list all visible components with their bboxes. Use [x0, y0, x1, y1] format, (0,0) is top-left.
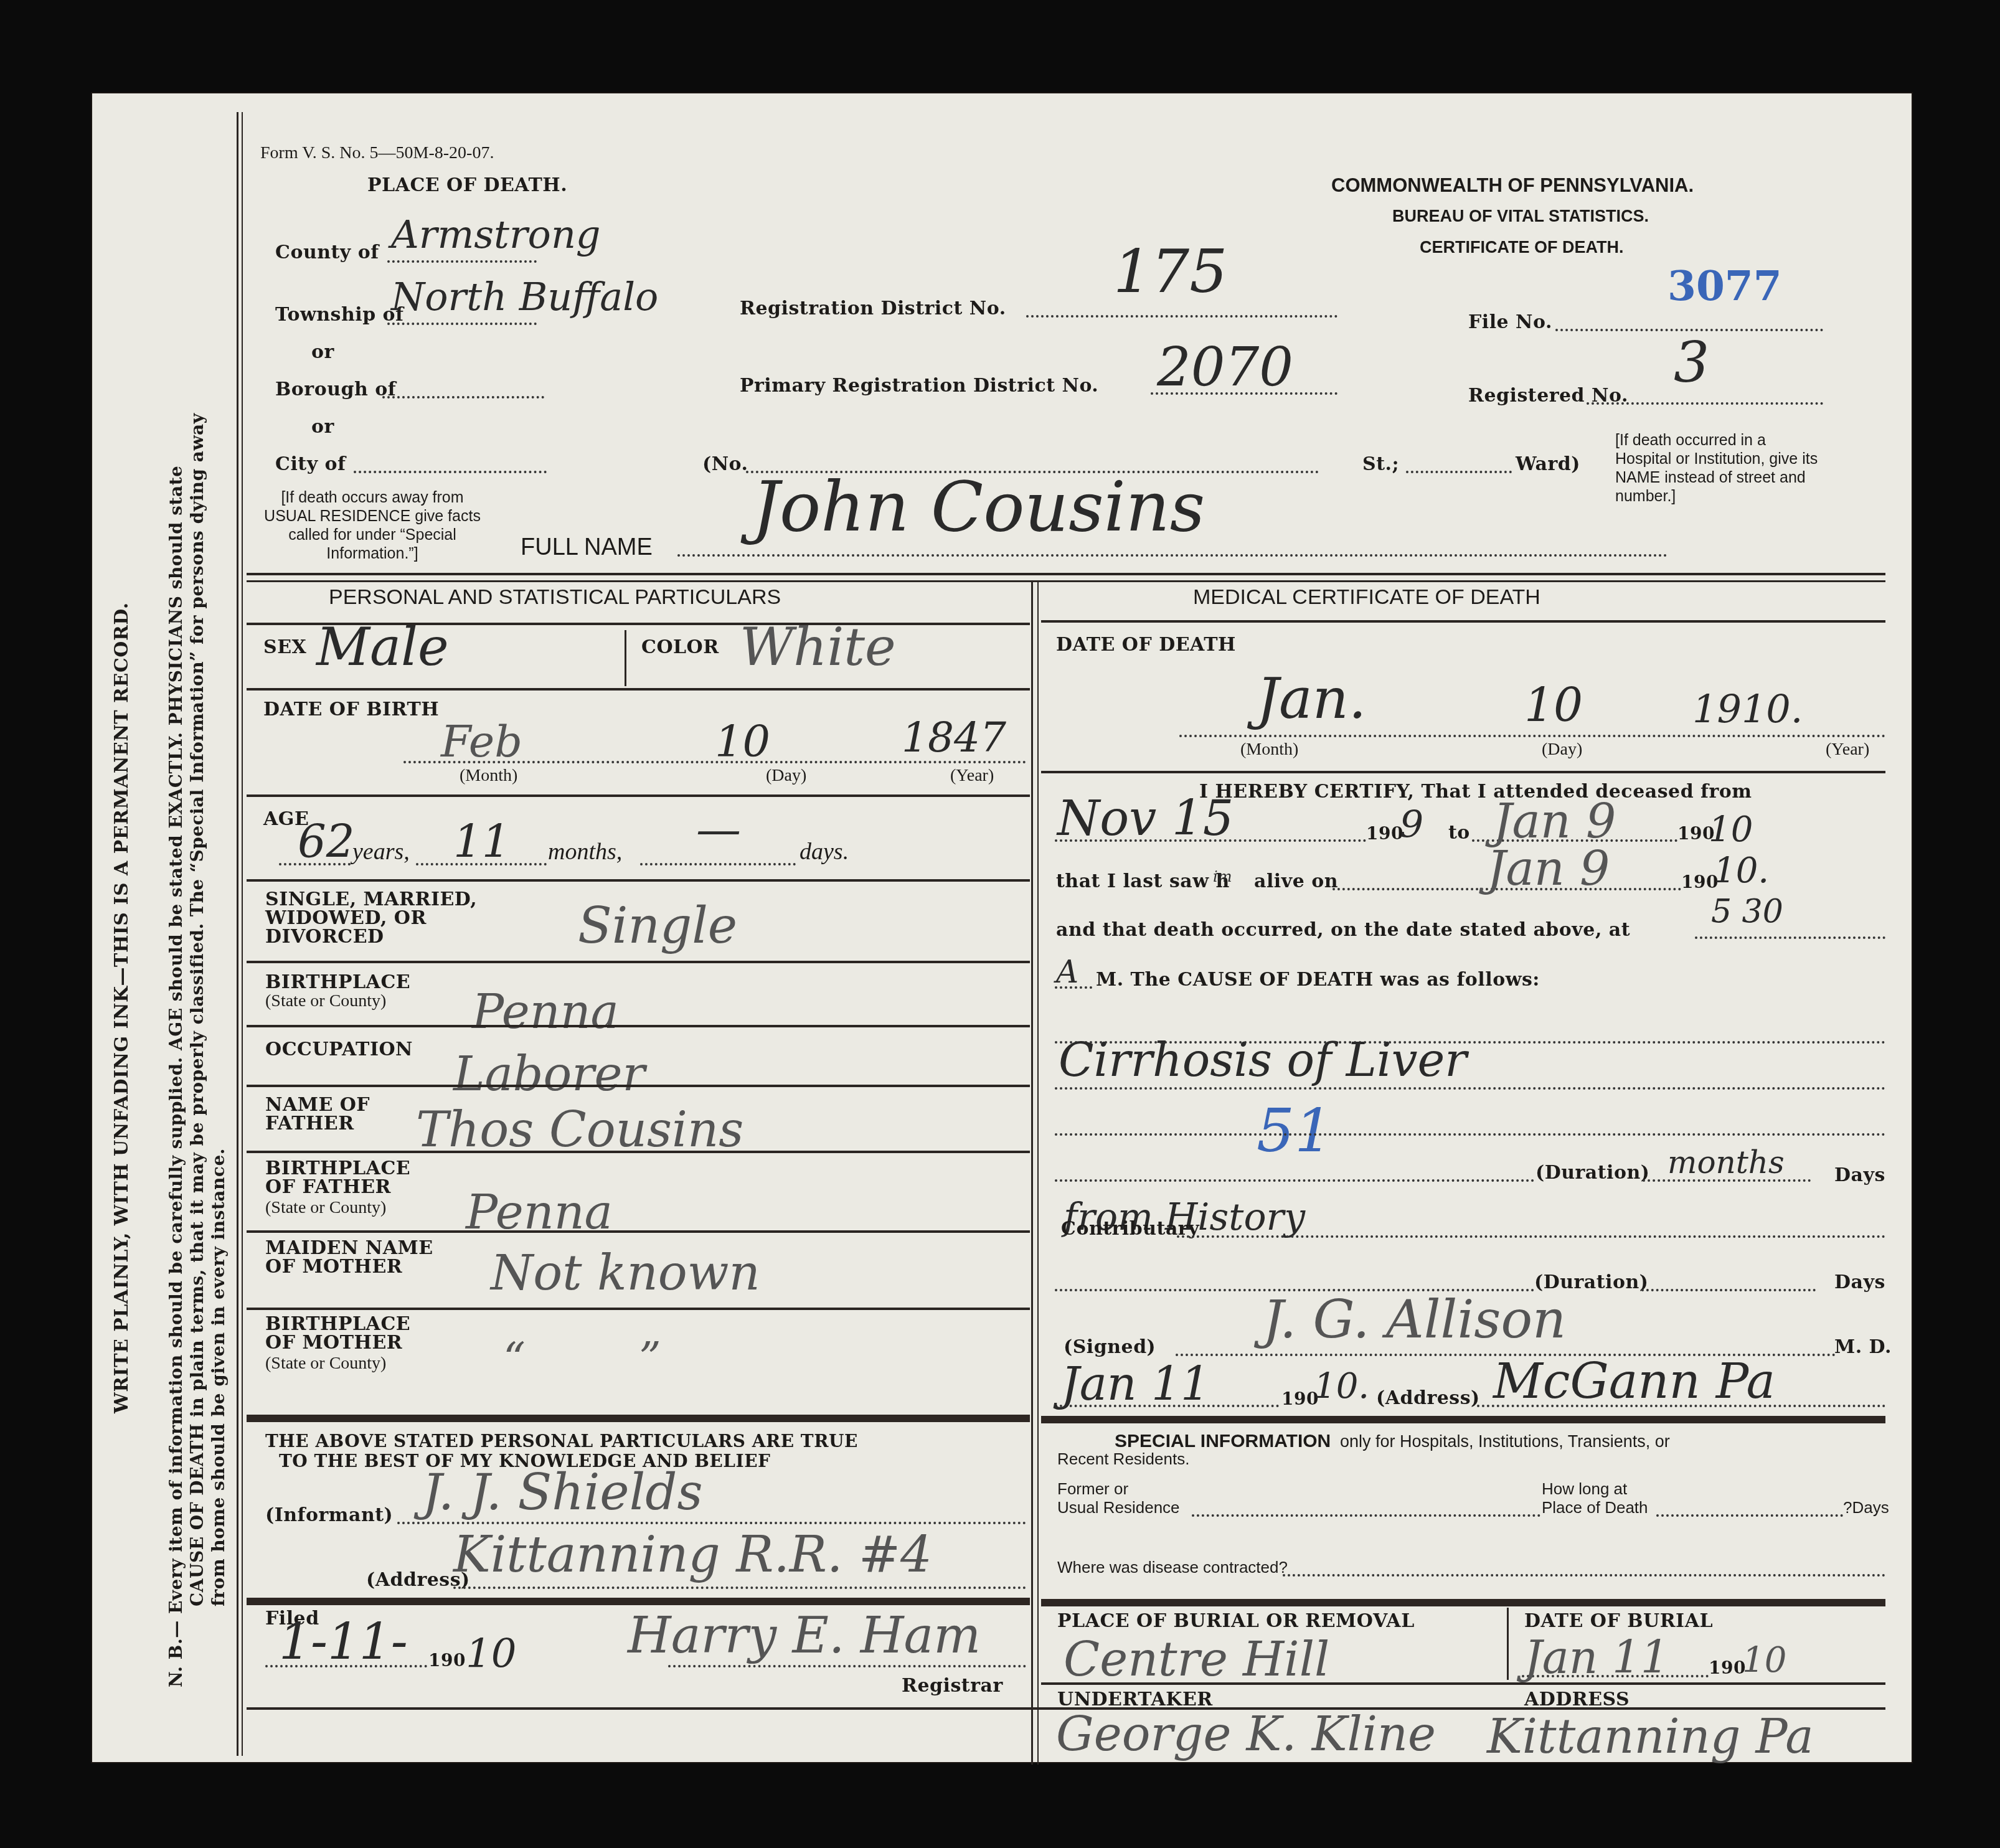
mother-birthplace-value[interactable]: “ ” — [503, 1332, 711, 1384]
dob-day-caption: (Day) — [766, 766, 806, 786]
city-line[interactable] — [354, 471, 547, 473]
burial-year-prefix: 190 — [1709, 1657, 1746, 1678]
full-name-value[interactable]: John Cousins — [752, 467, 1205, 547]
county-label: County of — [275, 242, 379, 263]
to-year-suffix[interactable]: 10 — [1709, 809, 1753, 850]
medical-heading: MEDICAL CERTIFICATE OF DEATH — [1193, 585, 1540, 610]
years-word: years, — [352, 838, 410, 865]
margin-rule — [237, 112, 238, 1756]
alive-on-label: alive on — [1254, 870, 1338, 892]
place-of-death-heading: PLACE OF DEATH. — [367, 174, 567, 196]
street-no-label: (No. — [702, 453, 748, 475]
section-rule — [1041, 1416, 1885, 1423]
last-saw-year-prefix: 190 — [1681, 872, 1719, 892]
nb-notice-line-1: N. B.— Every item of information should … — [166, 466, 186, 1687]
cause-of-death-intro: M. The CAUSE OF DEATH was as follows: — [1096, 969, 1540, 991]
registration-district-value[interactable]: 175 — [1113, 237, 1227, 306]
primary-district-value[interactable]: 2070 — [1157, 336, 1293, 398]
dod-month-caption: (Month) — [1240, 740, 1298, 760]
am-pm-value[interactable]: A — [1056, 954, 1078, 990]
usual-residence-line[interactable] — [1192, 1514, 1540, 1517]
row-rule — [1041, 620, 1885, 623]
how-long-days-label: ?Days — [1843, 1498, 1889, 1517]
color-label: COLOR — [641, 636, 719, 658]
column-divider — [1031, 582, 1033, 1765]
last-saw-year-suffix[interactable]: 10. — [1714, 851, 1769, 891]
township-line — [387, 323, 537, 325]
burial-date-label: DATE OF BURIAL — [1524, 1610, 1713, 1632]
former-or-label: Former or — [1057, 1479, 1128, 1499]
registrar-signature[interactable]: Harry E. Ham — [628, 1606, 981, 1664]
age-years[interactable]: 62 — [298, 816, 355, 868]
disease-contracted-label: Where was disease contracted? — [1057, 1558, 1288, 1577]
primary-district-label: Primary Registration District No. — [740, 375, 1098, 397]
full-name-line — [677, 554, 1667, 557]
ward-label: Ward) — [1516, 453, 1580, 475]
occupation-label: OCCUPATION — [265, 1039, 413, 1060]
file-no-stamp[interactable]: 3077 — [1667, 262, 1782, 310]
duration-value[interactable]: months — [1667, 1144, 1785, 1181]
date-of-death-year[interactable]: 1910. — [1692, 686, 1803, 732]
dod-day-caption: (Day) — [1542, 740, 1582, 760]
father-name-value[interactable]: Thos Cousins — [416, 1102, 743, 1158]
township-label: Township of — [275, 304, 403, 326]
age-days[interactable]: — — [696, 803, 741, 856]
section-rule — [1041, 1599, 1885, 1606]
how-long-label: How long at — [1542, 1479, 1627, 1499]
burial-date-value[interactable]: Jan 11 — [1524, 1631, 1669, 1684]
physician-signature[interactable]: J. G. Allison — [1263, 1289, 1566, 1350]
header-divider — [247, 573, 1885, 575]
row-rule — [247, 879, 1030, 882]
filed-year-prefix: 190 — [428, 1650, 466, 1671]
special-info-heading: SPECIAL INFORMATION — [1115, 1431, 1331, 1452]
md-label: M. D. — [1834, 1336, 1892, 1358]
signed-year-suffix[interactable]: 10. — [1314, 1366, 1369, 1407]
registrar-label: Registrar — [902, 1675, 1003, 1697]
mother-birthplace-qualifier: (State or County) — [265, 1354, 386, 1374]
burial-divider — [1507, 1608, 1509, 1680]
state-title: COMMONWEALTH OF PENNSYLVANIA. — [1331, 174, 1694, 197]
row-rule — [247, 688, 1030, 691]
dob-month[interactable]: Feb — [441, 716, 522, 767]
mother-name-label: MAIDEN NAME OF MOTHER — [265, 1239, 452, 1276]
burial-year-suffix[interactable]: 10 — [1742, 1640, 1786, 1681]
township-value[interactable]: North Buffalo — [391, 274, 658, 319]
borough-line[interactable] — [382, 396, 544, 398]
death-certificate: WRITE PLAINLY, WITH UNFADING INK—THIS IS… — [92, 93, 1912, 1762]
county-value[interactable]: Armstrong — [391, 212, 601, 257]
father-name-label: NAME OF FATHER — [265, 1096, 390, 1133]
sex-label: SEX — [263, 636, 306, 658]
form-number: Form V. S. No. 5—50M-8-20-07. — [260, 143, 494, 163]
row-rule — [1041, 1682, 1885, 1685]
column-divider-2 — [1037, 582, 1039, 1765]
certify-statement: I HEREBY CERTIFY, That I attended deceas… — [1199, 781, 1752, 803]
borough-label: Borough of — [275, 379, 396, 400]
row-rule — [247, 1085, 1030, 1087]
county-line — [387, 260, 537, 263]
birthplace-value[interactable]: Penna — [472, 984, 619, 1039]
hospital-note: [If death occurred in a Hospital or Inst… — [1615, 431, 1823, 506]
death-time-statement: and that death occurred, on the date sta… — [1056, 919, 1630, 941]
months-word: months, — [548, 838, 622, 865]
duration-2-line[interactable] — [1641, 1289, 1816, 1291]
date-of-death-day[interactable]: 10 — [1524, 679, 1583, 732]
birthplace-label: BIRTHPLACE — [265, 971, 410, 993]
physician-address-value[interactable]: McGann Pa — [1493, 1354, 1775, 1410]
registration-district-label: Registration District No. — [740, 298, 1006, 319]
informant-address-line — [453, 1586, 1026, 1589]
undertaker-address-label: ADDRESS — [1524, 1689, 1630, 1710]
how-long-line[interactable] — [1656, 1514, 1843, 1517]
row-rule — [247, 1230, 1030, 1233]
registered-no-value[interactable]: 3 — [1674, 330, 1709, 395]
city-label: City of — [275, 453, 346, 475]
full-name-label: FULL NAME — [521, 534, 653, 561]
date-of-death-month[interactable]: Jan. — [1257, 666, 1366, 732]
dob-day[interactable]: 10 — [715, 716, 770, 767]
sex-value[interactable]: Male — [316, 616, 449, 677]
cause-line-4 — [1055, 1179, 1534, 1182]
days-word: days. — [800, 838, 849, 865]
margin-rule-inner — [242, 112, 243, 1756]
father-birthplace-label: BIRTHPLACE OF FATHER — [265, 1159, 440, 1197]
sex-color-divider — [625, 630, 626, 686]
death-time-line — [1695, 936, 1885, 939]
contributary-line[interactable] — [1177, 1235, 1885, 1238]
usual-residence-label: Usual Residence — [1057, 1498, 1180, 1517]
row-rule — [247, 1025, 1030, 1027]
registered-no-line — [1587, 402, 1823, 405]
signed-date-value[interactable]: Jan 11 — [1061, 1357, 1210, 1411]
header-divider-2 — [247, 580, 1885, 582]
row-rule — [247, 1151, 1030, 1153]
father-birthplace-qualifier: (State or County) — [265, 1198, 386, 1218]
signed-year-prefix: 190 — [1281, 1388, 1319, 1409]
age-months[interactable]: 11 — [453, 816, 511, 868]
disease-contracted-line[interactable] — [1283, 1574, 1885, 1577]
cause-line-2 — [1055, 1087, 1885, 1090]
death-time-value[interactable]: 5 30 — [1711, 893, 1783, 930]
row-rule — [247, 1308, 1030, 1310]
ward-line[interactable] — [1406, 471, 1512, 473]
write-plainly-notice: WRITE PLAINLY, WITH UNFADING INK—THIS IS… — [111, 602, 133, 1413]
undertaker-value[interactable]: George K. Kline — [1056, 1706, 1436, 1761]
filed-year-suffix[interactable]: 10 — [466, 1631, 516, 1677]
row-rule — [247, 961, 1030, 963]
duration-label: (Duration) — [1535, 1162, 1650, 1184]
burial-place-label: PLACE OF BURIAL OR REMOVAL — [1057, 1610, 1415, 1632]
personal-heading: PERSONAL AND STATISTICAL PARTICULARS — [329, 585, 781, 610]
duration-days-label: Days — [1834, 1164, 1885, 1186]
signed-label: (Signed) — [1064, 1336, 1156, 1358]
from-year-suffix[interactable]: 9 — [1400, 803, 1423, 847]
bureau-title: BUREAU OF VITAL STATISTICS. — [1392, 207, 1649, 226]
last-saw-statement: that I last saw h — [1056, 870, 1230, 892]
dob-year[interactable]: 1847 — [902, 714, 1006, 761]
dod-year-caption: (Year) — [1826, 740, 1869, 760]
last-saw-pronoun[interactable]: im — [1213, 868, 1232, 885]
filed-date-value[interactable]: 1-11- — [279, 1613, 408, 1671]
away-from-residence-note: [If death occurs away from USUAL RESIDEN… — [260, 488, 484, 563]
informant-label: (Informant) — [265, 1504, 393, 1526]
certificate-title: CERTIFICATE OF DEATH. — [1420, 238, 1623, 257]
attestation-line-1: THE ABOVE STATED PERSONAL PARTICULARS AR… — [265, 1431, 858, 1451]
special-info-heading-rest: only for Hospitals, Institutions, Transi… — [1340, 1432, 1670, 1451]
last-saw-date[interactable]: Jan 9 — [1487, 841, 1610, 896]
informant-value[interactable]: J. J. Shields — [422, 1463, 703, 1521]
or-label-1: or — [311, 341, 334, 363]
mother-birthplace-label: BIRTHPLACE OF MOTHER — [265, 1315, 440, 1352]
undertaker-address-value[interactable]: Kittanning Pa — [1487, 1709, 1813, 1764]
date-of-death-label: DATE OF DEATH — [1056, 634, 1236, 656]
registration-district-line — [1026, 315, 1337, 318]
to-label: to — [1448, 822, 1470, 844]
classification-stamp[interactable]: 51 — [1257, 1096, 1333, 1166]
attended-from-value[interactable]: Nov 15 — [1057, 791, 1233, 847]
recent-residents-label: Recent Residents. — [1057, 1450, 1189, 1469]
cause-of-death-value[interactable]: Cirrhosis of Liver — [1059, 1034, 1467, 1087]
age-days-line — [640, 863, 796, 865]
nb-notice-line-2: CAUSE OF DEATH in plain terms, that it m… — [187, 413, 207, 1606]
dob-year-caption: (Year) — [950, 766, 994, 786]
cause-line-3 — [1055, 1133, 1885, 1136]
place-of-death-label: Place of Death — [1542, 1498, 1648, 1517]
dob-month-caption: (Month) — [460, 766, 517, 786]
section-rule — [247, 1598, 1030, 1605]
file-no-label: File No. — [1468, 311, 1552, 333]
marital-status-label: SINGLE, MARRIED, WIDOWED, OR DIVORCED — [265, 890, 514, 946]
duration-2-days-label: Days — [1834, 1271, 1885, 1293]
occupation-value[interactable]: Laborer — [453, 1046, 645, 1101]
section-rule — [247, 1415, 1030, 1422]
nb-notice-line-3: from home should be given in every insta… — [208, 1148, 229, 1606]
marital-status-value[interactable]: Single — [578, 897, 737, 955]
street-label: St.; — [1362, 453, 1399, 475]
mother-name-value[interactable]: Not known — [491, 1245, 760, 1301]
or-label-2: or — [311, 416, 334, 438]
informant-address-value[interactable]: Kittanning R.R. #4 — [453, 1525, 932, 1583]
dob-label: DATE OF BIRTH — [263, 699, 439, 720]
birthplace-qualifier: (State or County) — [265, 991, 386, 1011]
from-year-prefix: 190 — [1366, 823, 1403, 844]
row-rule — [247, 794, 1030, 797]
informant-line — [397, 1522, 1026, 1524]
color-value[interactable]: White — [740, 616, 896, 677]
row-rule — [1041, 771, 1885, 773]
registrar-line — [668, 1665, 1026, 1667]
physician-address-label: (Address) — [1376, 1387, 1480, 1409]
date-of-death-line — [1179, 735, 1885, 737]
burial-place-value[interactable]: Centre Hill — [1064, 1631, 1329, 1687]
